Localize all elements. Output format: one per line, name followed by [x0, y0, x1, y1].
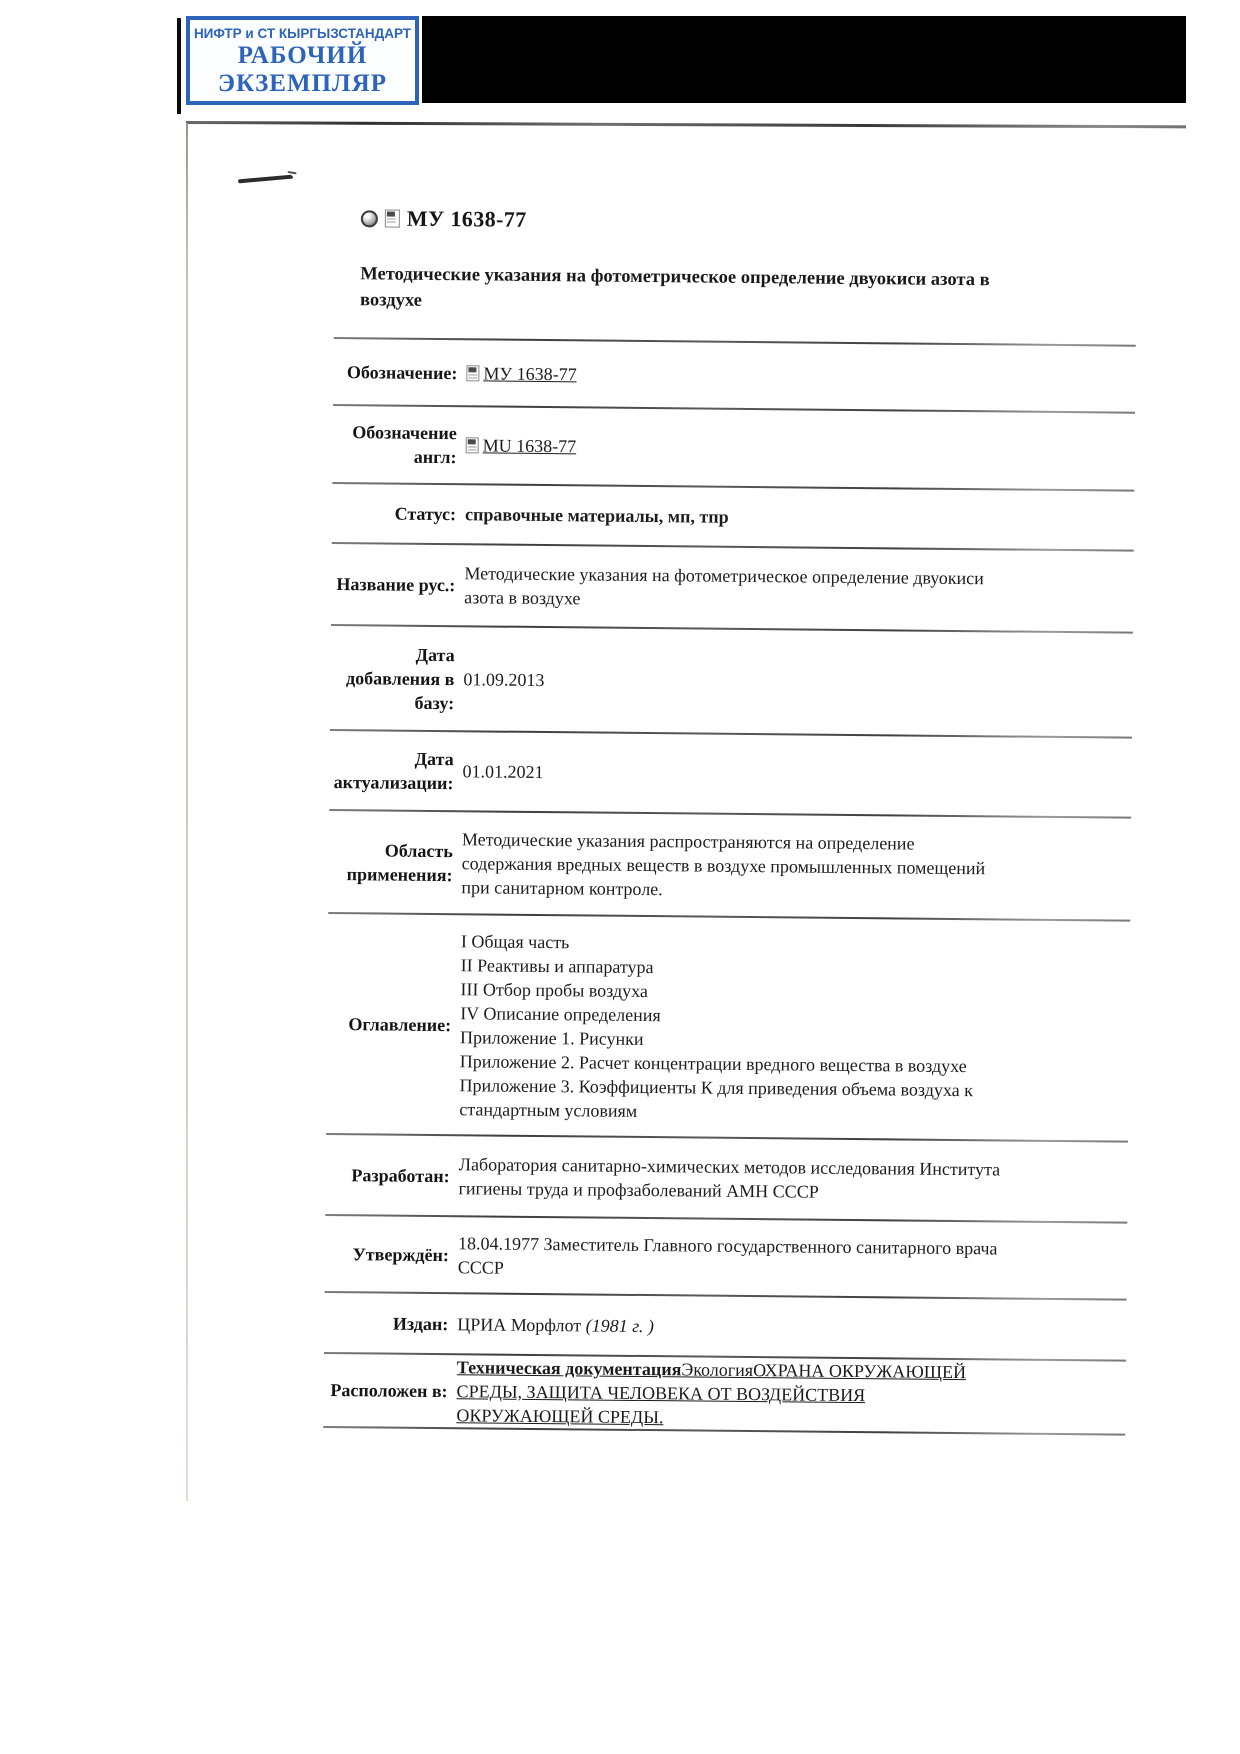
- document-title: Методические указания на фотометрическое…: [360, 261, 1032, 319]
- field-label: Разработан:: [326, 1162, 450, 1187]
- metadata-row: Оглавление: I Общая частьII Реактивы и а…: [326, 914, 1130, 1141]
- working-copy-stamp: НИФТР и СТ КЫРГЫЗСТАНДАРТ РАБОЧИЙ ЭКЗЕМП…: [186, 16, 419, 105]
- field-value-text: ЦРИА Морфлот: [457, 1314, 586, 1335]
- stamp-word-working: РАБОЧИЙ: [190, 42, 415, 70]
- field-value: 01.09.2013: [463, 667, 1008, 696]
- field-label: Дата добавления в базу:: [330, 641, 455, 714]
- metadata-row: Обозначение англ: MU 1638-77: [332, 406, 1135, 490]
- page-left-edge: [186, 123, 188, 1501]
- stamp-organization: НИФТР и СТ КЫРГЫЗСТАНДАРТ: [190, 25, 415, 42]
- page-top-edge: [186, 121, 1186, 128]
- field-label: Издан:: [324, 1310, 448, 1335]
- field-value: МУ 1638-77: [466, 361, 1011, 390]
- document-file-icon: [385, 209, 400, 227]
- field-label: Оглавление:: [327, 1011, 451, 1036]
- field-label: Дата актуализации:: [329, 746, 453, 795]
- field-value: справочные материалы, мп, тпр: [465, 502, 1010, 531]
- toc-item: Приложение 3. Коэффициенты К для приведе…: [459, 1073, 1004, 1126]
- metadata-row: Издан: ЦРИА Морфлот (1981 г. ): [324, 1293, 1127, 1360]
- metadata-row: Статус: справочные материалы, мп, тпр: [332, 484, 1135, 550]
- field-label: Название рус.:: [331, 572, 455, 597]
- metadata-row: Дата актуализации: 01.01.2021: [329, 731, 1132, 817]
- field-label: Обозначение:: [333, 359, 457, 384]
- redacted-black-bar: [422, 16, 1186, 103]
- metadata-table: Обозначение: МУ 1638-77 Обозначение англ…: [323, 337, 1135, 1436]
- field-value: Лаборатория санитарно-химических методов…: [458, 1152, 1003, 1205]
- scan-edge-mark: [177, 18, 181, 114]
- field-value: ЦРИА Морфлот (1981 г. ): [457, 1312, 1002, 1341]
- field-value: 01.01.2021: [462, 759, 1007, 788]
- field-label: Область применения:: [328, 837, 452, 886]
- document-file-icon: [466, 365, 479, 381]
- category-link[interactable]: Техническая документация: [457, 1357, 682, 1379]
- metadata-row: Разработан: Лаборатория санитарно-химиче…: [325, 1135, 1128, 1222]
- metadata-row: Обозначение: МУ 1638-77: [333, 339, 1136, 412]
- field-value: Техническая документацияЭкологияОХРАНА О…: [456, 1355, 1002, 1432]
- field-label: Статус:: [332, 501, 456, 526]
- stamp-word-copy: ЭКЗЕМПЛЯР: [190, 70, 415, 98]
- metadata-row: Дата добавления в базу: 01.09.2013: [330, 626, 1133, 737]
- metadata-row: Расположен в: Техническая документацияЭк…: [323, 1354, 1126, 1434]
- field-value: MU 1638-77: [466, 433, 1011, 462]
- category-link[interactable]: Экология: [681, 1359, 753, 1380]
- field-label: Обозначение англ:: [332, 420, 456, 469]
- field-label: Утверждён:: [325, 1241, 449, 1266]
- document-code: МУ 1638-77: [407, 206, 527, 233]
- document-content: МУ 1638-77 Методические указания на фото…: [323, 205, 1137, 1436]
- field-value: I Общая частьII Реактивы и аппаратураIII…: [459, 929, 1006, 1126]
- field-value: 18.04.1977 Заместитель Главного государс…: [458, 1231, 1003, 1284]
- circle-icon: [361, 210, 378, 227]
- document-file-icon: [466, 437, 479, 453]
- field-label: Расположен в:: [324, 1378, 448, 1403]
- field-value: Методические указания распространяются н…: [461, 827, 1007, 904]
- field-value-text: справочные материалы, мп, тпр: [465, 504, 729, 527]
- metadata-row: Утверждён: 18.04.1977 Заместитель Главно…: [325, 1216, 1128, 1299]
- document-header: МУ 1638-77: [361, 205, 1137, 238]
- document-link[interactable]: МУ 1638-77: [483, 363, 576, 384]
- field-value-italic: (1981 г. ): [586, 1315, 654, 1336]
- metadata-row: Название рус.: Методические указания на …: [331, 544, 1134, 632]
- metadata-row: Область применения: Методические указани…: [328, 811, 1131, 920]
- document-link[interactable]: MU 1638-77: [483, 435, 577, 456]
- pen-dash-mark: [238, 175, 293, 184]
- field-value: Методические указания на фотометрическое…: [464, 561, 1009, 614]
